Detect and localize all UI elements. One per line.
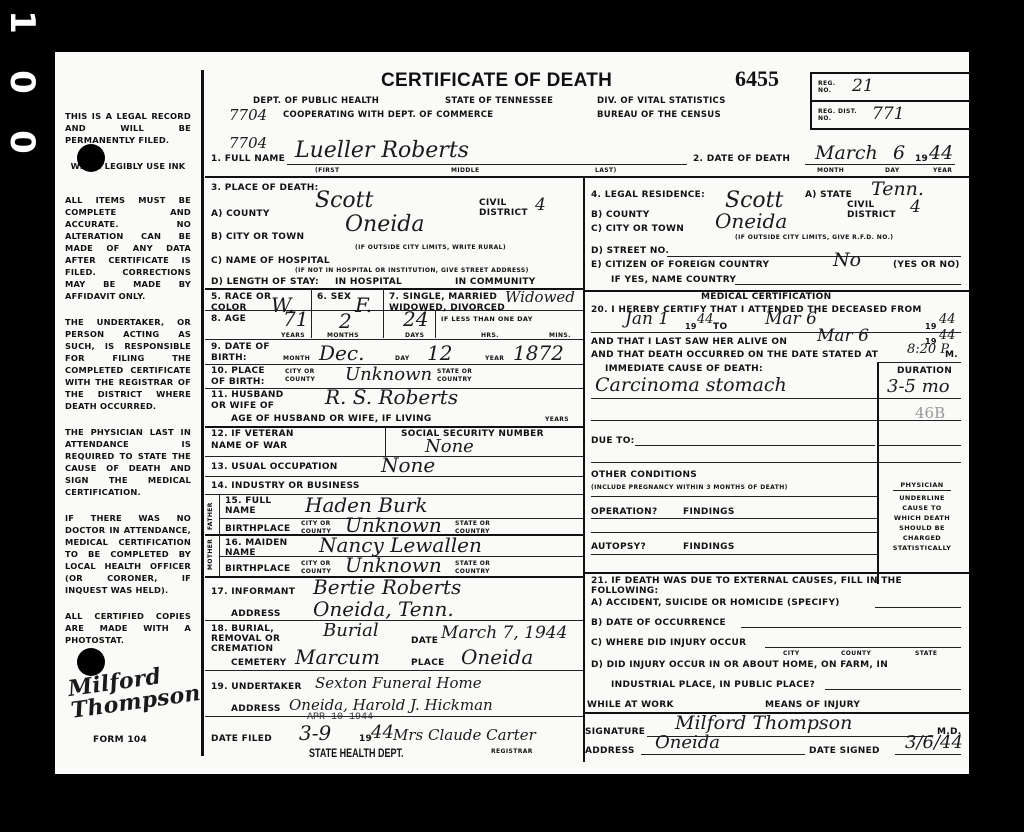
death-month: March	[815, 144, 878, 162]
marital-value: Widowed	[505, 288, 575, 306]
underline	[877, 445, 961, 446]
rule	[205, 310, 583, 311]
death-certificate: THIS IS A LEGAL RECORD AND WILL BE PERMA…	[55, 52, 969, 774]
cell-divider	[385, 426, 386, 456]
occupation-label: 13. USUAL OCCUPATION	[211, 462, 338, 472]
rule	[205, 670, 583, 671]
frame-digit: 0	[2, 62, 42, 102]
death-city-label: B) CITY OR TOWN	[211, 232, 304, 242]
autopsy-findings-label: FINDINGS	[683, 542, 735, 552]
attended-from-year: 44	[697, 312, 714, 327]
rule	[591, 420, 961, 421]
injury-state-label: STATE	[915, 650, 937, 657]
reg-dist-value: 771	[872, 105, 904, 123]
underline	[735, 284, 961, 285]
immediate-cause-label: IMMEDIATE CAUSE OF DEATH:	[605, 364, 763, 374]
undertaker-value: Sexton Funeral Home	[315, 674, 482, 692]
death-civil-value: 4	[535, 196, 546, 214]
attended-from: Jan 1	[625, 310, 669, 328]
father-birthplace-label: BIRTHPLACE	[225, 524, 290, 534]
duration-label: DURATION	[897, 366, 952, 376]
undertaker-address-label: ADDRESS	[231, 704, 281, 714]
duration-divider	[877, 362, 879, 584]
attended-to-year: 44	[939, 312, 956, 327]
cemetery-value: Marcum	[295, 648, 380, 666]
rule	[591, 532, 877, 533]
age-days: 24	[403, 310, 428, 328]
informant-value: Bertie Roberts	[313, 578, 461, 596]
underline	[667, 256, 961, 257]
physician-note: PHYSICIAN UNDERLINE CAUSE TO WHICH DEATH…	[883, 480, 961, 553]
death-county-label: A) COUNTY	[211, 209, 270, 219]
cell-divider	[383, 288, 384, 310]
res-county-label: B) COUNTY	[591, 210, 650, 220]
burial-place-label: PLACE	[411, 658, 445, 668]
autopsy-label: AUTOPSY?	[591, 542, 646, 552]
cell-divider	[219, 534, 220, 576]
underline	[635, 445, 875, 446]
veteran-label: 12. IF VETERAN NAME OF WAR	[211, 428, 321, 452]
film-frame-number: 1 0 0	[0, 0, 46, 180]
last-saw-label: AND THAT I LAST SAW HER ALIVE ON	[591, 337, 787, 347]
res-state-label: A) STATE	[805, 190, 852, 200]
other-conditions-label: OTHER CONDITIONS	[591, 470, 697, 480]
res-city-note: (IF OUTSIDE CITY LIMITS, GIVE R.F.D. NO.…	[735, 234, 893, 241]
res-state-value: Tenn.	[871, 180, 924, 198]
death-year: 44	[929, 144, 953, 162]
mother-name-label: 16. MAIDEN NAME	[225, 538, 305, 558]
underline	[875, 607, 961, 608]
division-label: DIV. OF VITAL STATISTICS	[597, 96, 726, 106]
received-stamp-date: APR 10 1944	[307, 712, 373, 723]
cooperating-label: COOPERATING WITH DEPT. OF COMMERCE	[283, 110, 493, 120]
other-conditions-note: (INCLUDE PREGNANCY WITHIN 3 MONTHS OF DE…	[591, 484, 788, 491]
mins-label: MINS.	[549, 332, 571, 339]
mother-birthplace-label: BIRTHPLACE	[225, 564, 290, 574]
burial-place-value: Oneida	[461, 648, 533, 666]
physician-note-line: CAUSE TO	[883, 503, 961, 513]
informant-label: 17. INFORMANT	[211, 587, 295, 597]
rule	[591, 462, 961, 463]
rule	[591, 398, 961, 399]
citizen-value: No	[833, 251, 861, 269]
spouse-label: 11. HUSBAND OR WIFE OF	[211, 390, 291, 412]
physician-address-label: ADDRESS	[585, 746, 635, 756]
citizen-suffix: (YES OR NO)	[893, 260, 960, 270]
injury-place-label-2: INDUSTRIAL PLACE, IN PUBLIC PLACE?	[611, 680, 815, 690]
rule	[877, 362, 961, 363]
physician-note-line: UNDERLINE	[883, 493, 961, 503]
less-than-day-label: IF LESS THAN ONE DAY	[441, 315, 533, 323]
attended-to: Mar 6	[765, 310, 817, 328]
date-filed-label: DATE FILED	[211, 734, 272, 744]
rule	[205, 476, 583, 477]
cell-divider	[383, 310, 384, 338]
age-label: 8. AGE	[211, 314, 246, 324]
note-photostat: ALL CERTIFIED COPIES ARE MADE WITH A PHO…	[65, 610, 191, 646]
note-accurate: ALL ITEMS MUST BE COMPLETE AND ACCURATE.…	[65, 194, 191, 302]
date-signed-label: DATE SIGNED	[809, 746, 880, 756]
mother-name-value: Nancy Lewallen	[319, 536, 482, 554]
city-note: (IF OUTSIDE CITY LIMITS, WRITE RURAL)	[355, 244, 506, 251]
birth-date-label: 9. DATE OF BIRTH:	[211, 342, 271, 364]
state-country-label: STATE OR COUNTRY	[437, 368, 481, 384]
bureau-label: BUREAU OF THE CENSUS	[597, 110, 721, 120]
rule	[591, 496, 877, 497]
disposition-value: Burial	[323, 622, 379, 640]
physician-note-line: WHICH DEATH	[883, 513, 961, 523]
column-divider	[583, 176, 585, 762]
reg-dist-label: REG. DIST. NO.	[818, 108, 862, 122]
mother-side-label: MOTHER	[207, 539, 214, 570]
occupation-value: None	[381, 456, 435, 474]
injury-place-label: D) DID INJURY OCCUR IN OR ABOUT HOME, ON…	[591, 660, 888, 670]
due-to-label: DUE TO:	[591, 436, 635, 446]
stay-hospital: IN HOSPITAL	[335, 277, 402, 287]
external-causes-label: 21. IF DEATH WAS DUE TO EXTERNAL CAUSES,…	[591, 576, 961, 596]
physician-address-value: Oneida	[655, 732, 720, 753]
father-birthplace-value: Unknown	[345, 516, 442, 534]
cemetery-label: CEMETERY	[231, 658, 287, 668]
injury-county-label: COUNTY	[841, 650, 871, 657]
accident-label: A) ACCIDENT, SUICIDE OR HOMICIDE (SPECIF…	[591, 598, 840, 608]
death-civil-label: CIVIL DISTRICT	[479, 198, 529, 218]
father-name-label: 15. FULL NAME	[225, 496, 295, 516]
country-label: IF YES, NAME COUNTRY	[611, 275, 736, 285]
injury-location-label: C) WHERE DID INJURY OCCUR	[591, 638, 746, 648]
hospital-label: C) NAME OF HOSPITAL	[211, 256, 330, 266]
sex-value: F.	[355, 296, 372, 314]
informant-address-label: ADDRESS	[231, 609, 281, 619]
birthplace-label: 10. PLACE OF BIRTH:	[211, 366, 281, 388]
spouse-value: R. S. Roberts	[325, 388, 458, 406]
underline	[287, 164, 687, 165]
reg-no-label: REG. NO.	[818, 80, 842, 94]
birth-month-label: MONTH	[283, 355, 310, 362]
stay-community: IN COMMUNITY	[455, 277, 536, 287]
sub-first: (FIRST	[315, 167, 340, 174]
underline	[591, 332, 961, 333]
spouse-age-label: AGE OF HUSBAND OR WIFE, IF LIVING	[231, 414, 432, 424]
state-country-label: STATE OR COUNTRY	[455, 560, 499, 576]
underline	[805, 164, 955, 165]
state-health-stamp: STATE HEALTH DEPT.	[309, 747, 404, 760]
birth-year-label: YEAR	[485, 355, 504, 362]
father-side-label: FATHER	[207, 502, 214, 530]
months-label: MONTHS	[327, 332, 359, 339]
sub-last: LAST)	[595, 167, 617, 174]
note-physician: THE PHYSICIAN LAST IN ATTENDANCE IS REQU…	[65, 426, 191, 498]
city-county-label: CITY OR COUNTY	[285, 368, 321, 384]
registrar-value: Mrs Claude Carter	[393, 726, 536, 744]
physician-note-line: STATISTICALLY	[883, 543, 961, 553]
rule	[205, 176, 969, 178]
rule	[205, 339, 583, 340]
death-city-value: Oneida	[345, 216, 424, 234]
death-day: 6	[893, 144, 905, 162]
rule	[591, 554, 877, 555]
physician-signature-value: Milford Thompson	[675, 712, 852, 734]
medical-heading: MEDICAL CERTIFICATION	[701, 292, 831, 302]
birth-day-value: 12	[427, 344, 452, 362]
duration-value: 3-5 mo	[887, 378, 950, 396]
date-filed-value: 3-9	[299, 724, 331, 742]
stay-label: D) LENGTH OF STAY:	[211, 277, 319, 287]
birth-day-label: DAY	[395, 355, 410, 362]
res-city-label: C) CITY OR TOWN	[591, 224, 684, 234]
undertaker-label: 19. UNDERTAKER	[211, 682, 302, 692]
physician-signature-label: SIGNATURE	[585, 727, 645, 737]
informant-address-value: Oneida, Tenn.	[313, 600, 454, 618]
certificate-body: CERTIFICATE OF DEATH 6455 DEPT. OF PUBLI…	[205, 52, 969, 774]
birthplace-value: Unknown	[345, 366, 432, 384]
citizen-label: E) CITIZEN OF FOREIGN COUNTRY	[591, 260, 769, 270]
form-number: FORM 104	[93, 734, 147, 746]
file-number: 7704	[229, 106, 267, 124]
mother-birthplace-value: Unknown	[345, 556, 442, 574]
means-of-injury-label: MEANS OF INJURY	[765, 700, 860, 710]
hrs-label: HRS.	[481, 332, 499, 339]
cell-divider	[311, 288, 312, 310]
days-label: DAYS	[405, 332, 424, 339]
reg-no-value: 21	[852, 77, 874, 95]
punch-hole	[77, 144, 105, 172]
year-prefix: 19	[915, 154, 928, 164]
birth-year-value: 1872	[513, 344, 564, 362]
spouse-years-label: YEARS	[545, 416, 569, 423]
last-saw-date: Mar 6	[817, 327, 869, 345]
res-county-value: Scott	[725, 192, 783, 210]
frame-digit: 1	[2, 2, 42, 42]
underline	[641, 754, 805, 755]
certificate-title: CERTIFICATE OF DEATH	[381, 70, 612, 92]
operation-findings-label: FINDINGS	[683, 507, 735, 517]
while-at-work-label: WHILE AT WORK	[587, 700, 674, 710]
physician-note-line: PHYSICIAN	[893, 480, 951, 491]
residence-label: 4. LEGAL RESIDENCE:	[591, 190, 705, 200]
death-county-value: Scott	[315, 192, 373, 210]
note-no-doctor: IF THERE WAS NO DOCTOR IN ATTENDANCE, ME…	[65, 512, 191, 596]
age-months: 2	[339, 312, 352, 330]
sub-month: MONTH	[817, 167, 844, 174]
industry-label: 14. INDUSTRY OR BUSINESS	[211, 481, 360, 491]
rule	[591, 518, 877, 519]
father-name-value: Haden Burk	[305, 496, 428, 514]
filed-year-value: 44	[371, 724, 394, 742]
sidebar-divider	[201, 70, 204, 756]
full-name-label: 1. FULL NAME	[211, 154, 285, 164]
punch-hole	[77, 648, 105, 676]
birth-month-value: Dec.	[319, 344, 364, 362]
street-label: D) STREET NO.	[591, 246, 669, 256]
physician-note-line: SHOULD BE	[883, 523, 961, 533]
burial-date-label: DATE	[411, 636, 438, 646]
to-label: TO	[713, 322, 727, 332]
rule	[583, 572, 969, 574]
age-years: 71	[283, 310, 308, 328]
underline	[895, 754, 961, 755]
last-saw-year: 44	[939, 328, 956, 343]
frame-digit: 0	[2, 122, 42, 162]
file-number-2: 7704	[229, 134, 267, 152]
res-city-value: Oneida	[715, 212, 787, 230]
sub-day: DAY	[885, 167, 900, 174]
death-time-label: AND THAT DEATH OCCURRED ON THE DATE STAT…	[591, 350, 878, 360]
place-of-death-label: 3. PLACE OF DEATH:	[211, 183, 319, 193]
immediate-cause-value: Carcinoma stomach	[595, 376, 787, 394]
years-label: YEARS	[281, 332, 305, 339]
underline	[741, 627, 961, 628]
full-name-value: Lueller Roberts	[295, 142, 469, 160]
underline	[825, 689, 961, 690]
res-civil-value: 4	[910, 198, 921, 216]
rule	[205, 716, 583, 717]
cell-divider	[311, 310, 312, 338]
res-civil-label: CIVIL DISTRICT	[847, 200, 897, 220]
registration-box: REG. NO.21 REG. DIST. NO.771	[810, 72, 972, 130]
sex-label: 6. SEX	[317, 292, 351, 302]
state-label: STATE OF TENNESSEE	[445, 96, 553, 106]
city-county-label: CITY OR COUNTY	[301, 560, 337, 576]
date-signed-value: 3/6/44	[905, 732, 963, 753]
physician-note-line: CHARGED	[883, 533, 961, 543]
cell-divider	[435, 310, 436, 338]
note-legal: THIS IS A LEGAL RECORD AND WILL BE PERMA…	[65, 110, 191, 146]
occurrence-date-label: B) DATE OF OCCURRENCE	[591, 618, 726, 628]
rule	[205, 620, 583, 621]
hospital-note: (IF NOT IN HOSPITAL OR INSTITUTION, GIVE…	[295, 267, 529, 274]
dept-label: DEPT. OF PUBLIC HEALTH	[253, 96, 379, 106]
burial-date-value: March 7, 1944	[441, 624, 567, 642]
sub-year: YEAR	[933, 167, 952, 174]
registrar-label: REGISTRAR	[491, 748, 533, 755]
note-undertaker: THE UNDERTAKER, OR PERSON ACTING AS SUCH…	[65, 316, 191, 412]
operation-label: OPERATION?	[591, 507, 657, 517]
date-of-death-label: 2. DATE OF DEATH	[693, 154, 790, 164]
certificate-number: 6455	[735, 66, 779, 92]
injury-city-label: CITY	[783, 650, 800, 657]
sub-middle: MIDDLE	[451, 167, 480, 174]
time-suffix: M.	[945, 350, 958, 360]
death-time-value: 8:20 P	[907, 342, 949, 357]
underline	[765, 647, 961, 648]
